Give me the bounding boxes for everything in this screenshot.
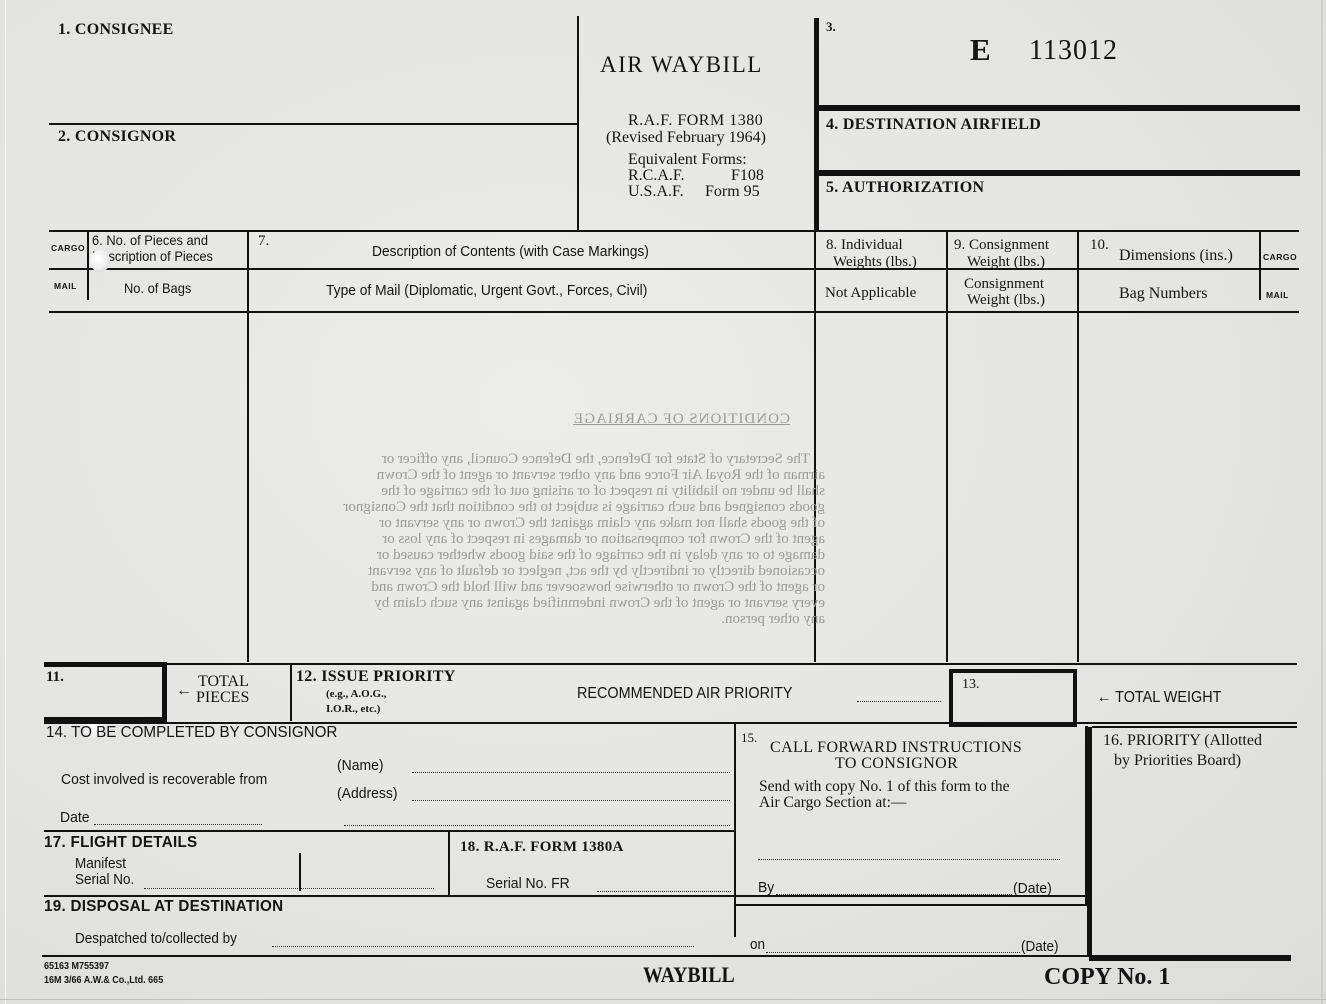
divider [87,230,89,300]
name-label: (Name) [337,758,384,774]
conditions-line: of the goods shall not make any claim ag… [379,516,825,532]
divider [448,831,450,896]
conditions-line: agent of the Crown for compensation or d… [382,532,825,548]
cargo-row-label: CARGO [1263,253,1297,262]
divider [1092,726,1297,728]
col9-cargo-header: Weight (lbs.) [967,255,1045,271]
by-label: By [758,880,774,896]
divider [819,170,1300,176]
col8-cargo-header: 8. Individual [826,238,903,254]
conditions-line: shall be under no liability in respect o… [381,484,825,500]
conditions-line: The Secretary of State for Defence, the … [382,452,810,468]
conditions-title: CONDITIONS OF CARRIAGE [573,412,790,428]
conditions-line: damage to or any delay in the carriage o… [377,548,825,564]
recommended-air-priority-line [857,701,941,702]
issue-priority-hint: I.O.R., etc.) [326,704,380,716]
total-pieces-label: PIECES [196,690,249,707]
col6-mail-header: No. of Bags [124,281,191,296]
print-code: 65163 M755397 [44,962,109,973]
address-input[interactable] [414,782,732,802]
divider [162,662,167,722]
divider [44,830,735,832]
manifest-serial-input-2[interactable] [304,870,438,890]
address-input-2[interactable] [346,807,734,827]
call-forward-instructions: Send with copy No. 1 of this form to the [759,779,1010,795]
col10-num: 10. [1090,238,1109,254]
authorization-input[interactable] [830,202,1294,228]
date-label: (Date) [1021,940,1058,955]
divider [49,268,1299,270]
conditions-of-carriage-showthrough: CONDITIONS OF CARRIAGE The Secretary of … [360,412,1000,632]
despatched-input[interactable] [274,928,696,948]
total-pieces-input[interactable] [52,690,160,714]
consignor-input[interactable] [60,160,564,212]
serial-number: 113012 [1029,36,1118,65]
divider [42,955,1089,957]
equivalent-form: Form 95 [705,184,760,201]
despatched-label: Despatched to/collected by [75,932,237,947]
divider [819,105,1300,111]
pieces-input[interactable] [52,318,246,660]
divider [166,663,1297,665]
on-label: on [750,938,765,953]
total-weight-input[interactable] [960,694,1064,716]
col10-cargo-header: Dimensions (ins.) [1119,248,1233,265]
print-code: 16M 3/66 A.W.& Co.,Ltd. 665 [44,976,163,987]
col7-num: 7. [258,234,269,250]
raf-form-1380a-label: 18. R.A.F. FORM 1380A [460,840,624,856]
section-14-label: 14. TO BE COMPLETED BY CONSIGNOR [46,725,337,742]
dimensions-input[interactable] [1083,318,1297,660]
divider [49,311,1299,313]
by-input[interactable] [778,876,1014,896]
divider [247,230,249,662]
conditions-line: airman of the Royal Air Force and any ot… [377,468,825,484]
divider [49,230,1299,232]
col6-cargo-header: Description of Pieces [92,249,213,264]
conditions-line: any other person. [721,612,825,628]
flight-details-label: 17. FLIGHT DETAILS [44,835,197,852]
total-weight-label: ← TOTAL WEIGHT [1097,690,1221,706]
serial-no-label: Serial No. [75,873,134,888]
equivalent-org: U.S.A.F. [628,184,684,201]
col8-mail-header: Not Applicable [825,286,916,302]
divider [44,895,1089,897]
destination-airfield-input[interactable] [830,140,1294,166]
col8-cargo-header: Weights (lbs.) [833,255,917,271]
divider [1077,230,1079,662]
serial-prefix: E [970,34,991,67]
priority-input[interactable] [1100,780,1294,942]
col9-cargo-header: 9. Consignment [954,238,1049,254]
serial-fr-input[interactable] [599,873,733,893]
paper-edge [0,999,1326,1000]
paper-edge [1321,0,1323,1004]
field-3-label: 3. [826,20,836,34]
on-date-input[interactable] [768,934,1022,954]
divider [1259,230,1261,300]
col6-cargo-header: 6. No. of Pieces and [92,233,208,248]
serial-fr-label: Serial No. FR [486,876,570,892]
name-input[interactable] [414,754,732,774]
conditions-line: occasioned directly or indirectly by the… [368,564,825,580]
date-input[interactable] [96,807,264,826]
divider [1087,727,1092,957]
date-label: Date [60,810,89,826]
col10-mail-header: Bag Numbers [1119,286,1207,303]
conditions-line: goods consigned and such carriage is sub… [343,500,825,516]
air-cargo-section-input[interactable] [760,840,1062,860]
cost-recoverable-text: Cost involved is recoverable from [61,772,267,788]
call-forward-instructions: Air Cargo Section at:— [759,795,906,811]
col9-mail-header: Weight (lbs.) [967,293,1045,309]
priority-label: 16. PRIORITY (Allotted [1103,733,1262,750]
punch-hole [90,250,110,272]
mail-row-label: MAIL [1266,291,1289,300]
priority-label: by Priorities Board) [1114,753,1241,770]
form-title: AIR WAYBILL [600,53,763,77]
destination-airfield-label: 4. DESTINATION AIRFIELD [826,117,1041,134]
disposal-label: 19. DISPOSAL AT DESTINATION [44,899,283,916]
col7-cargo-header: Description of Contents (with Case Marki… [372,244,649,260]
col9-mail-header: Consignment [964,277,1044,293]
manifest-label: Manifest [75,857,126,872]
manifest-serial-input[interactable] [146,870,300,890]
col7-mail-header: Type of Mail (Diplomatic, Urgent Govt., … [326,283,647,299]
consignee-label: 1. CONSIGNEE [58,22,174,39]
form-revision: (Revised February 1964) [606,130,766,147]
waybill-paper: 1. CONSIGNEE 2. CONSIGNOR AIR WAYBILL R.… [0,0,1326,1004]
waybill-footer-title: WAYBILL [643,963,735,986]
call-forward-title: TO CONSIGNOR [835,756,958,773]
authorization-label: 5. AUTHORIZATION [826,180,984,197]
issue-priority-hint: (e.g., A.O.G., [326,689,387,701]
consignor-label: 2. CONSIGNOR [58,129,176,146]
divider [290,663,292,721]
divider [49,123,579,125]
cargo-row-label: CARGO [51,244,85,253]
field-13-label: 13. [962,678,980,693]
divider [814,18,819,230]
divider [44,662,166,667]
divider [1089,955,1291,961]
paper-edge [5,0,6,1004]
issue-priority-label: 12. ISSUE PRIORITY [296,669,456,686]
arrow-left-icon: ← [176,683,192,700]
form-number: R.A.F. FORM 1380 [628,113,763,130]
copy-number: COPY No. 1 [1044,965,1170,990]
consignee-input[interactable] [60,55,564,107]
conditions-line: or agent of the Crown or otherwise howso… [371,580,825,596]
address-label: (Address) [337,786,397,802]
field-11-label: 11. [46,670,64,686]
recommended-air-priority-label: RECOMMENDED AIR PRIORITY [577,686,792,702]
conditions-line: every servant or agent of the Crown inde… [374,596,825,612]
mail-row-label: MAIL [54,282,77,291]
section-15-number: 15. [741,731,757,745]
